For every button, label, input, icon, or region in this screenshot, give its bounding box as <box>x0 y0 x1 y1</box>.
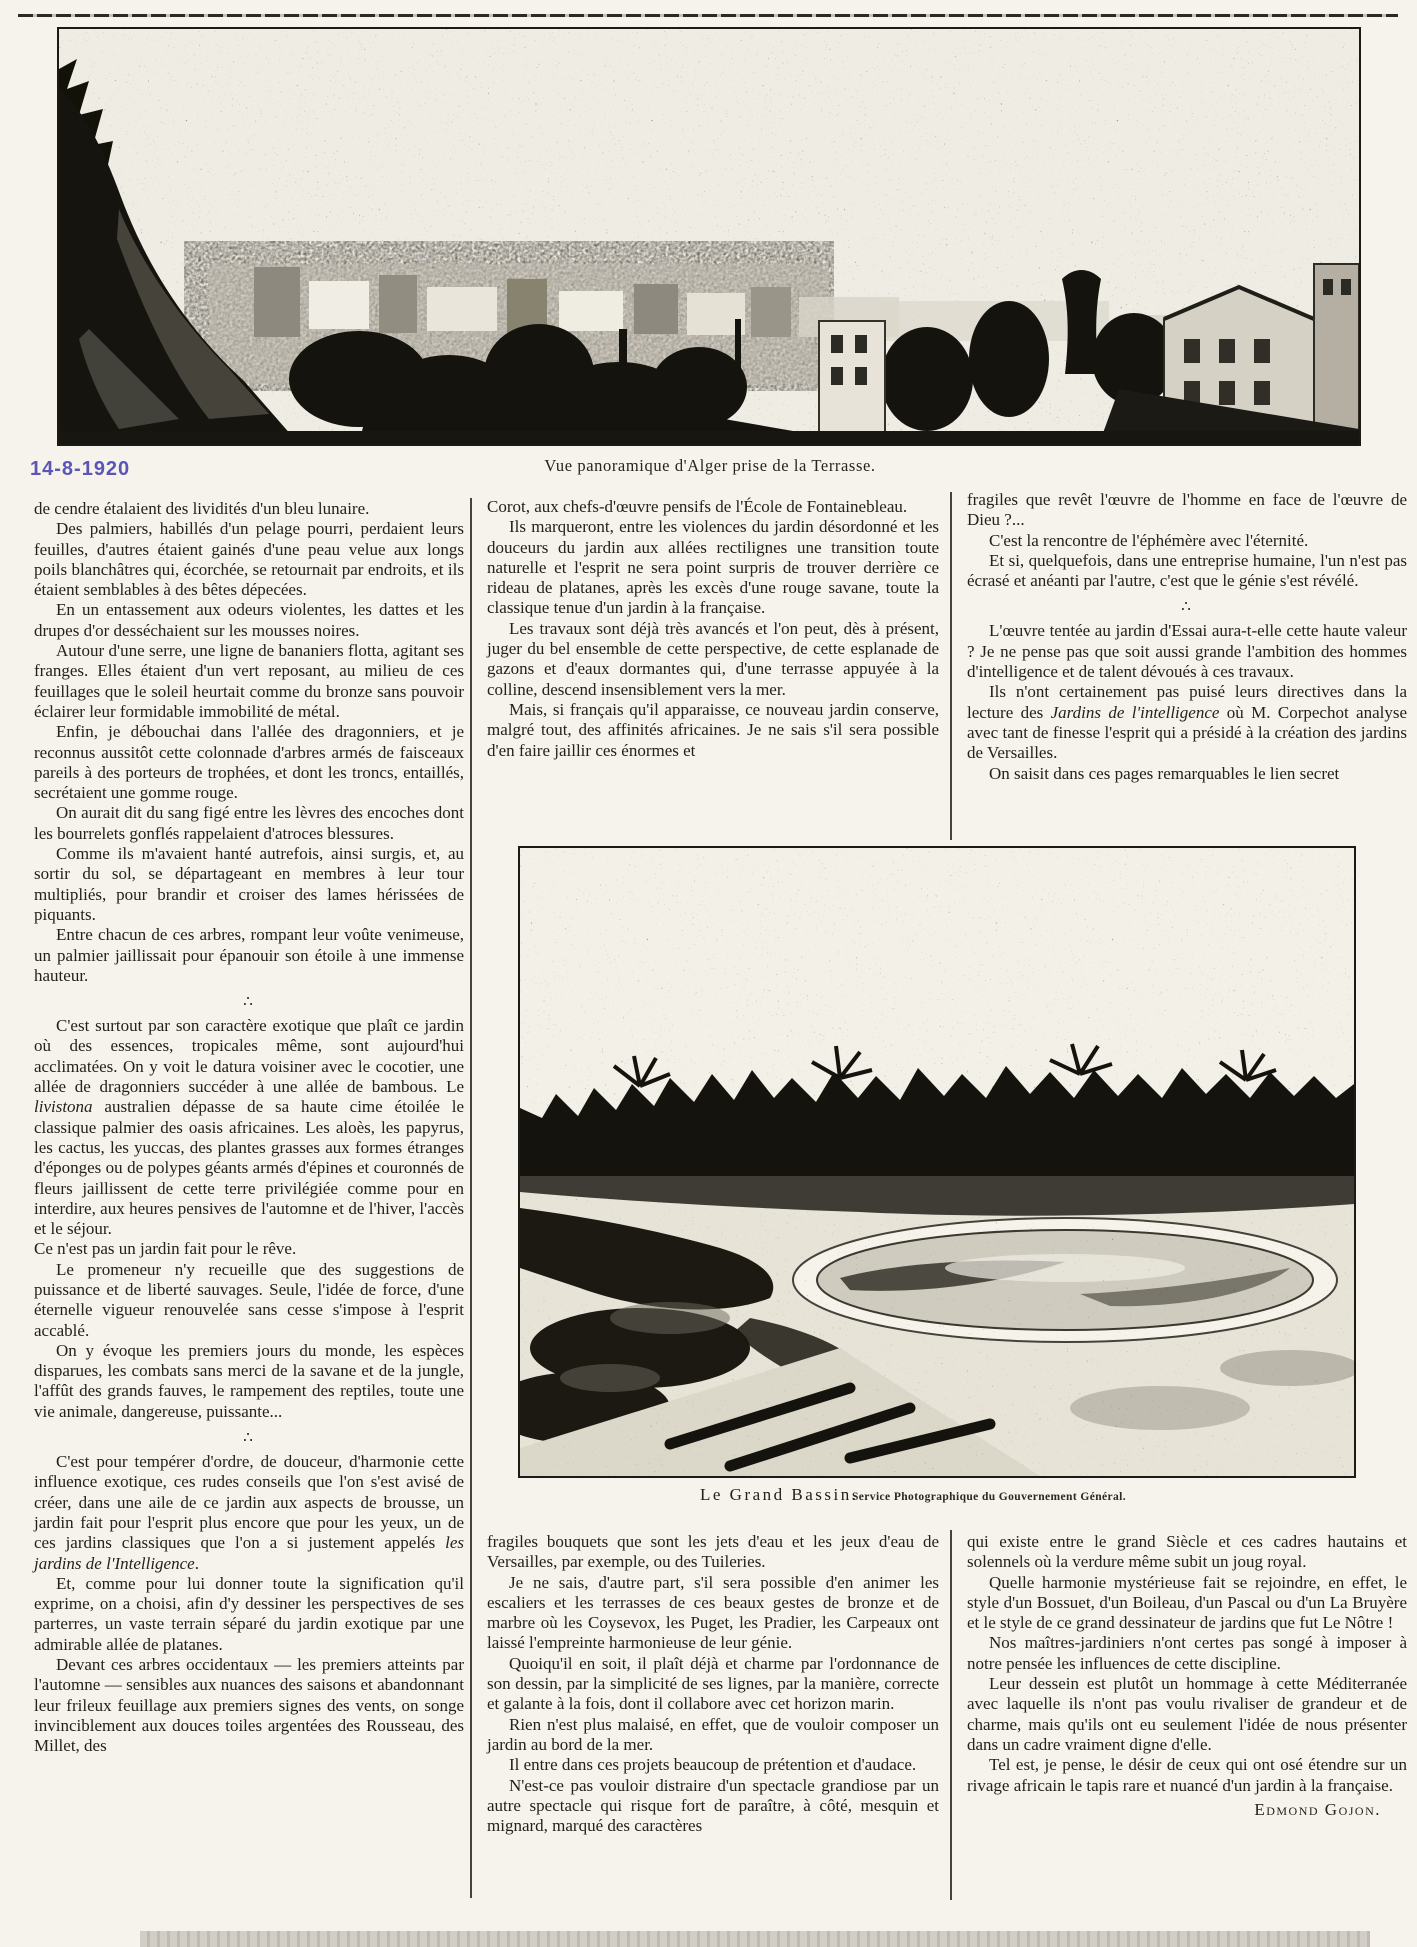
paragraph: On aurait dit du sang figé entre les lèv… <box>34 803 464 844</box>
paragraph: On saisit dans ces pages remarquables le… <box>967 764 1407 784</box>
paragraph: N'est-ce pas vouloir distraire d'un spec… <box>487 1776 939 1837</box>
paragraph: Ils n'ont certainement pas puisé leurs d… <box>967 682 1407 763</box>
scanned-newspaper-page: 14-8-1920 Vue panoramique d'Alger prise … <box>0 0 1417 1947</box>
paragraph: Et, comme pour lui donner toute la signi… <box>34 1574 464 1655</box>
date-stamp: 14-8-1920 <box>30 458 130 481</box>
paragraph: Des palmiers, habillés d'un pelage pourr… <box>34 519 464 600</box>
paragraph: En un entassement aux odeurs violentes, … <box>34 600 464 641</box>
paragraph: Les travaux sont déjà très avancés et l'… <box>487 619 939 700</box>
column-rule-middle-top <box>950 492 952 840</box>
top-photo-caption: Vue panoramique d'Alger prise de la Terr… <box>450 456 970 476</box>
article-column-middle-bottom: fragiles bouquets que sont les jets d'ea… <box>487 1532 939 1836</box>
paragraph: Je ne sais, d'autre part, s'il sera poss… <box>487 1573 939 1654</box>
paragraph: Quoiqu'il en soit, il plaît déjà et char… <box>487 1654 939 1715</box>
paragraph: Et si, quelquefois, dans une entreprise … <box>967 551 1407 592</box>
article-column-middle-top: Corot, aux chefs-d'œuvre pensifs de l'Éc… <box>487 497 939 761</box>
paragraph: fragiles que revêt l'œuvre de l'homme en… <box>967 490 1407 531</box>
paragraph: C'est la rencontre de l'éphémère avec l'… <box>967 531 1407 551</box>
article-column-right-bottom: qui existe entre le grand Siècle et ces … <box>967 1532 1407 1820</box>
paragraph: fragiles bouquets que sont les jets d'ea… <box>487 1532 939 1573</box>
paragraph: Entre chacun de ces arbres, rompant leur… <box>34 925 464 986</box>
top-horizontal-rule <box>18 14 1398 17</box>
article-column-left: de cendre étalaient des lividités d'un b… <box>34 499 464 1757</box>
column-rule-left <box>470 498 472 1898</box>
article-column-right-top: fragiles que revêt l'œuvre de l'homme en… <box>967 490 1407 784</box>
paragraph: Enfin, je débouchai dans l'allée des dra… <box>34 722 464 803</box>
basin-credit: Service Photographique du Gouvernement G… <box>852 1491 1126 1503</box>
paragraph: On y évoque les premiers jours du monde,… <box>34 1341 464 1422</box>
basin-caption: Le Grand Bassin. <box>700 1485 859 1505</box>
grand-bassin-photo <box>518 846 1356 1478</box>
paragraph: Ils marqueront, entre les violences du j… <box>487 517 939 618</box>
top-photo-art <box>59 29 1359 444</box>
paragraph: Quelle harmonie mystérieuse fait se rejo… <box>967 1573 1407 1634</box>
paragraph: Rien n'est plus malaisé, en effet, que d… <box>487 1715 939 1756</box>
paragraph: L'œuvre tentée au jardin d'Essai aura-t-… <box>967 621 1407 682</box>
column-rule-middle-bottom <box>950 1530 952 1900</box>
paragraph: Tel est, je pense, le désir de ceux qui … <box>967 1755 1407 1796</box>
paragraph: Nos maîtres-jardiniers n'ont certes pas … <box>967 1633 1407 1674</box>
paragraph: Leur dessein est plutôt un hommage à cet… <box>967 1674 1407 1755</box>
section-separator: ∴ <box>967 597 1407 617</box>
basin-photo-art <box>520 848 1354 1476</box>
section-separator: ∴ <box>34 1428 464 1448</box>
paragraph: Corot, aux chefs-d'œuvre pensifs de l'Éc… <box>487 497 939 517</box>
photo-bottom-strip <box>59 431 1359 444</box>
paragraph: de cendre étalaient des lividités d'un b… <box>34 499 464 519</box>
paragraph: Autour d'une serre, une ligne de bananie… <box>34 641 464 722</box>
paragraph: C'est pour tempérer d'ordre, de douceur,… <box>34 1452 464 1574</box>
paragraph: Mais, si français qu'il apparaisse, ce n… <box>487 700 939 761</box>
top-photo-panorama-algiers <box>57 27 1361 446</box>
section-separator: ∴ <box>34 992 464 1012</box>
author-signature: Edmond Gojon. <box>967 1800 1407 1820</box>
paragraph: C'est surtout par son caractère exotique… <box>34 1016 464 1239</box>
paragraph: Il entre dans ces projets beaucoup de pr… <box>487 1755 939 1775</box>
paragraph: Ce n'est pas un jardin fait pour le rêve… <box>34 1239 464 1259</box>
paragraph: qui existe entre le grand Siècle et ces … <box>967 1532 1407 1573</box>
ground-grain <box>520 1176 1354 1476</box>
paragraph: Le promeneur n'y recueille que des sugge… <box>34 1260 464 1341</box>
paragraph: Comme ils m'avaient hanté autrefois, ain… <box>34 844 464 925</box>
scan-edge-artifact <box>140 1931 1370 1947</box>
paragraph: Devant ces arbres occidentaux — les prem… <box>34 1655 464 1756</box>
